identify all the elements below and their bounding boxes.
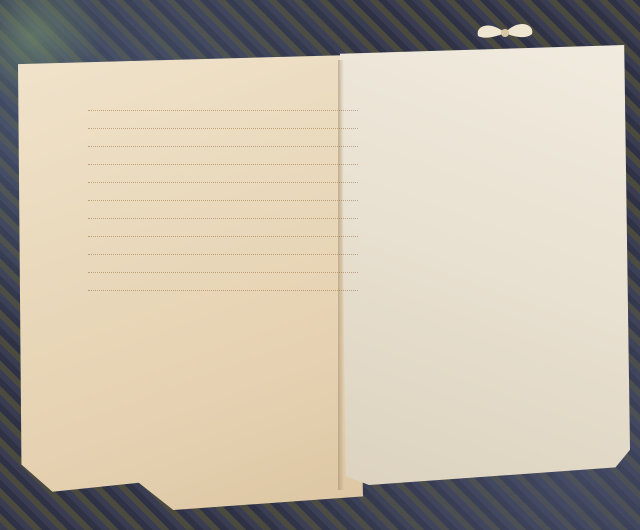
ink-line (88, 150, 358, 165)
ink-line (88, 186, 358, 201)
ink-line (88, 96, 358, 111)
ink-line (88, 168, 358, 183)
ink-line (88, 240, 358, 255)
ink-line (88, 114, 358, 129)
right-page-blank (340, 45, 630, 485)
ink-line (88, 204, 358, 219)
ribbon-bow (470, 18, 540, 48)
ink-line (88, 222, 358, 237)
ink-line (88, 276, 358, 291)
ink-line (88, 258, 358, 273)
ink-line (88, 132, 358, 147)
image-description: Photograph of an antique handwritten par… (0, 0, 1, 1)
handwritten-text-block (88, 96, 358, 294)
